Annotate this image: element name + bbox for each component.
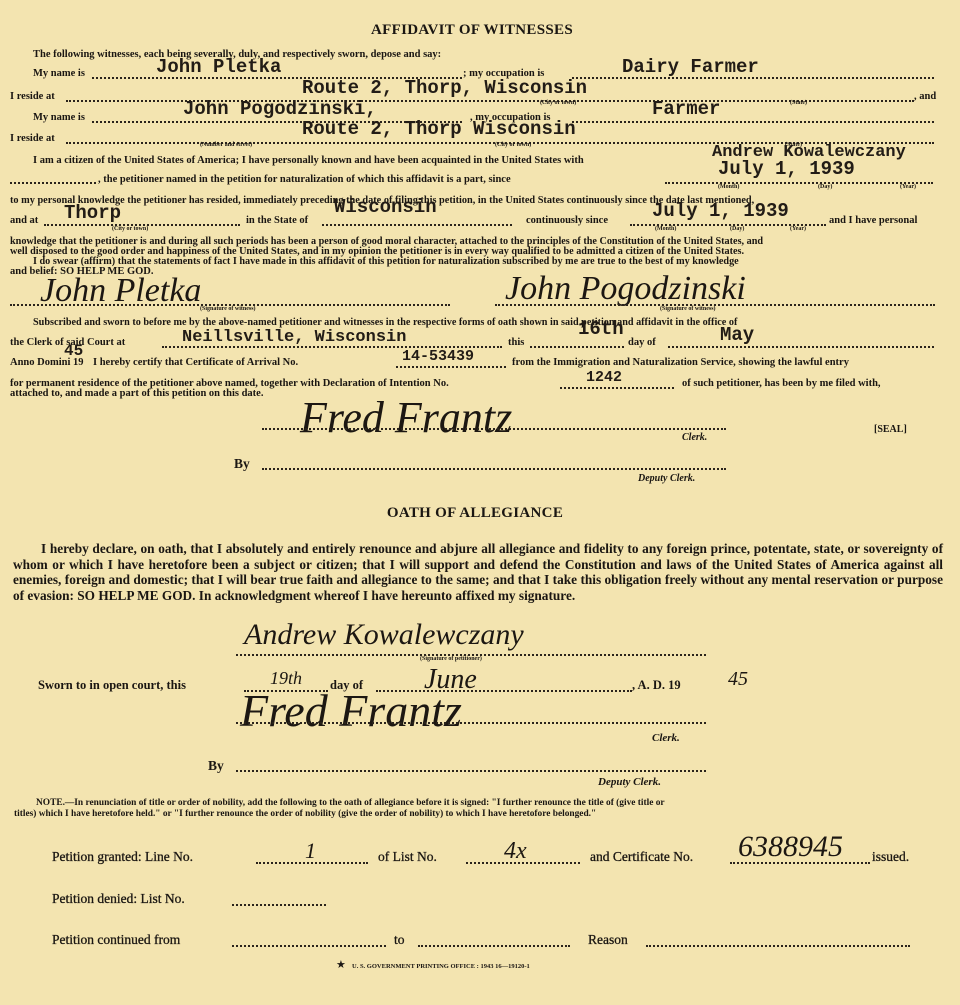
oath-by-label: By — [208, 758, 224, 774]
continuous-date: July 1, 1939 — [652, 200, 789, 222]
witness1-name: John Pletka — [156, 56, 281, 78]
oath-deputy-label: Deputy Clerk. — [598, 776, 661, 788]
line-no: 1 — [305, 838, 316, 864]
ad-label: , A. D. 19 — [632, 678, 681, 693]
affidavit-clerk-line — [262, 428, 726, 430]
continuously-label: continuously since — [526, 215, 608, 226]
caption-number-street: (Number and street) — [200, 142, 252, 148]
note-text-2: titles) which I have heretofore held." o… — [14, 809, 596, 820]
witness1-reside-label: I reside at — [10, 91, 55, 102]
caption-month: (Month) — [718, 184, 739, 190]
since-date-line — [665, 182, 933, 184]
arrival-no-line — [396, 366, 506, 368]
citizen-text: I am a citizen of the United States of A… — [33, 155, 584, 166]
affidavit-title: AFFIDAVIT OF WITNESSES — [0, 22, 944, 39]
witness2-address: Route 2, Thorp Wisconsin — [302, 118, 576, 140]
declaration-no: 1242 — [586, 369, 622, 386]
court-location: Neillsville, Wisconsin — [182, 328, 406, 347]
oath-clerk-line — [236, 722, 706, 724]
affidavit-year: 45 — [64, 342, 83, 360]
list-no: 4x — [504, 838, 527, 865]
to-label: to — [394, 932, 405, 948]
affidavit-day: 16th — [578, 318, 624, 340]
declaration-no-line — [560, 387, 674, 389]
attached-text: attached to, and made a part of this pet… — [10, 388, 263, 399]
witness1-and-label: , and — [914, 91, 936, 102]
sworn-label: Sworn to in open court, this — [38, 678, 186, 693]
caption-sig-petitioner: (Signature of petitioner) — [420, 656, 482, 662]
reason-label: Reason — [588, 932, 628, 948]
since-date: July 1, 1939 — [718, 158, 855, 180]
continued-from-line — [232, 945, 386, 947]
affidavit-deputy-label: Deputy Clerk. — [638, 473, 695, 484]
witness2-occupation: Farmer — [652, 98, 720, 120]
denied-list-line — [232, 904, 326, 906]
residence-city: Thorp — [64, 202, 121, 224]
subscribed-text: Subscribed and sworn to before me by the… — [33, 317, 737, 328]
oath-deputy-line — [236, 770, 706, 772]
caption-day-2: (Day) — [730, 226, 744, 232]
oath-clerk-signature: Fred Frantz — [240, 684, 462, 737]
personal-label: and I have personal — [829, 215, 917, 226]
seal-label: [SEAL] — [874, 424, 907, 435]
filed-text: of such petitioner, has been by me filed… — [682, 378, 881, 389]
caption-state: (State) — [790, 100, 807, 106]
arrival-no: 14-53439 — [402, 348, 474, 365]
printer-imprint: U. S. GOVERNMENT PRINTING OFFICE : 1943 … — [352, 961, 530, 972]
witness1-address: Route 2, Thorp, Wisconsin — [302, 77, 587, 99]
witness1-name-label: My name is — [33, 68, 85, 79]
witness2-reside-label: I reside at — [10, 133, 55, 144]
witness2-name-label: My name is — [33, 112, 85, 123]
certify-text: I hereby certify that Certificate of Arr… — [93, 357, 298, 368]
cert-no: 6388945 — [738, 830, 843, 864]
affidavit-clerk-signature: Fred Frantz — [300, 392, 512, 443]
oath-title: OATH OF ALLEGIANCE — [0, 505, 950, 522]
state-label: in the State of — [246, 215, 308, 226]
petitioner-text: , the petitioner named in the petition f… — [98, 174, 511, 185]
state-line — [322, 224, 512, 226]
granted-label: Petition granted: Line No. — [52, 849, 193, 865]
note-text-1: NOTE.—In renunciation of title or order … — [36, 798, 665, 809]
petitioner-name-line-cont — [10, 182, 96, 184]
reason-line — [646, 945, 910, 947]
witness2-signature: John Pogodzinski — [505, 270, 746, 308]
affidavit-by-label: By — [234, 456, 250, 472]
ins-text: from the Immigration and Naturalization … — [512, 357, 849, 368]
day-line — [530, 346, 624, 348]
caption-city: (City or town) — [540, 100, 576, 106]
witness2-occupation-line — [572, 121, 934, 123]
caption-year-2: (Year) — [790, 226, 806, 232]
caption-city-3: (City or town) — [112, 226, 148, 232]
oath-clerk-label: Clerk. — [652, 732, 680, 744]
continued-label: Petition continued from — [52, 932, 180, 948]
residence-state: Wisconsin — [334, 196, 437, 218]
list-label: of List No. — [378, 849, 437, 865]
continued-to-line — [418, 945, 570, 947]
affidavit-deputy-line — [262, 468, 726, 470]
caption-city-2: (City or town) — [495, 142, 531, 148]
witness1-occupation: Dairy Farmer — [622, 56, 759, 78]
caption-year: (Year) — [900, 184, 916, 190]
issued-label: issued. — [872, 849, 909, 865]
caption-sig-witness: (Signature of witness) — [200, 306, 256, 312]
this-label: this — [508, 337, 524, 348]
star-icon: ★ — [336, 958, 346, 971]
sworn-year: 45 — [728, 668, 748, 691]
month-line — [668, 346, 934, 348]
and-at-label: and at — [10, 215, 38, 226]
oath-text: I hereby declare, on oath, that I absolu… — [13, 541, 943, 603]
caption-day: (Day) — [818, 184, 832, 190]
cert-label: and Certificate No. — [590, 849, 693, 865]
affidavit-clerk-label: Clerk. — [682, 432, 707, 443]
witness2-name: John Pogodzinski, — [183, 98, 377, 120]
caption-sig-witness-2: (Signature of witness) — [660, 306, 716, 312]
day-of-label: day of — [628, 337, 656, 348]
denied-label: Petition denied: List No. — [52, 891, 185, 907]
affidavit-month: May — [720, 324, 754, 346]
petitioner-signature: Andrew Kowalewczany — [244, 618, 524, 652]
caption-month-2: (Month) — [655, 226, 676, 232]
